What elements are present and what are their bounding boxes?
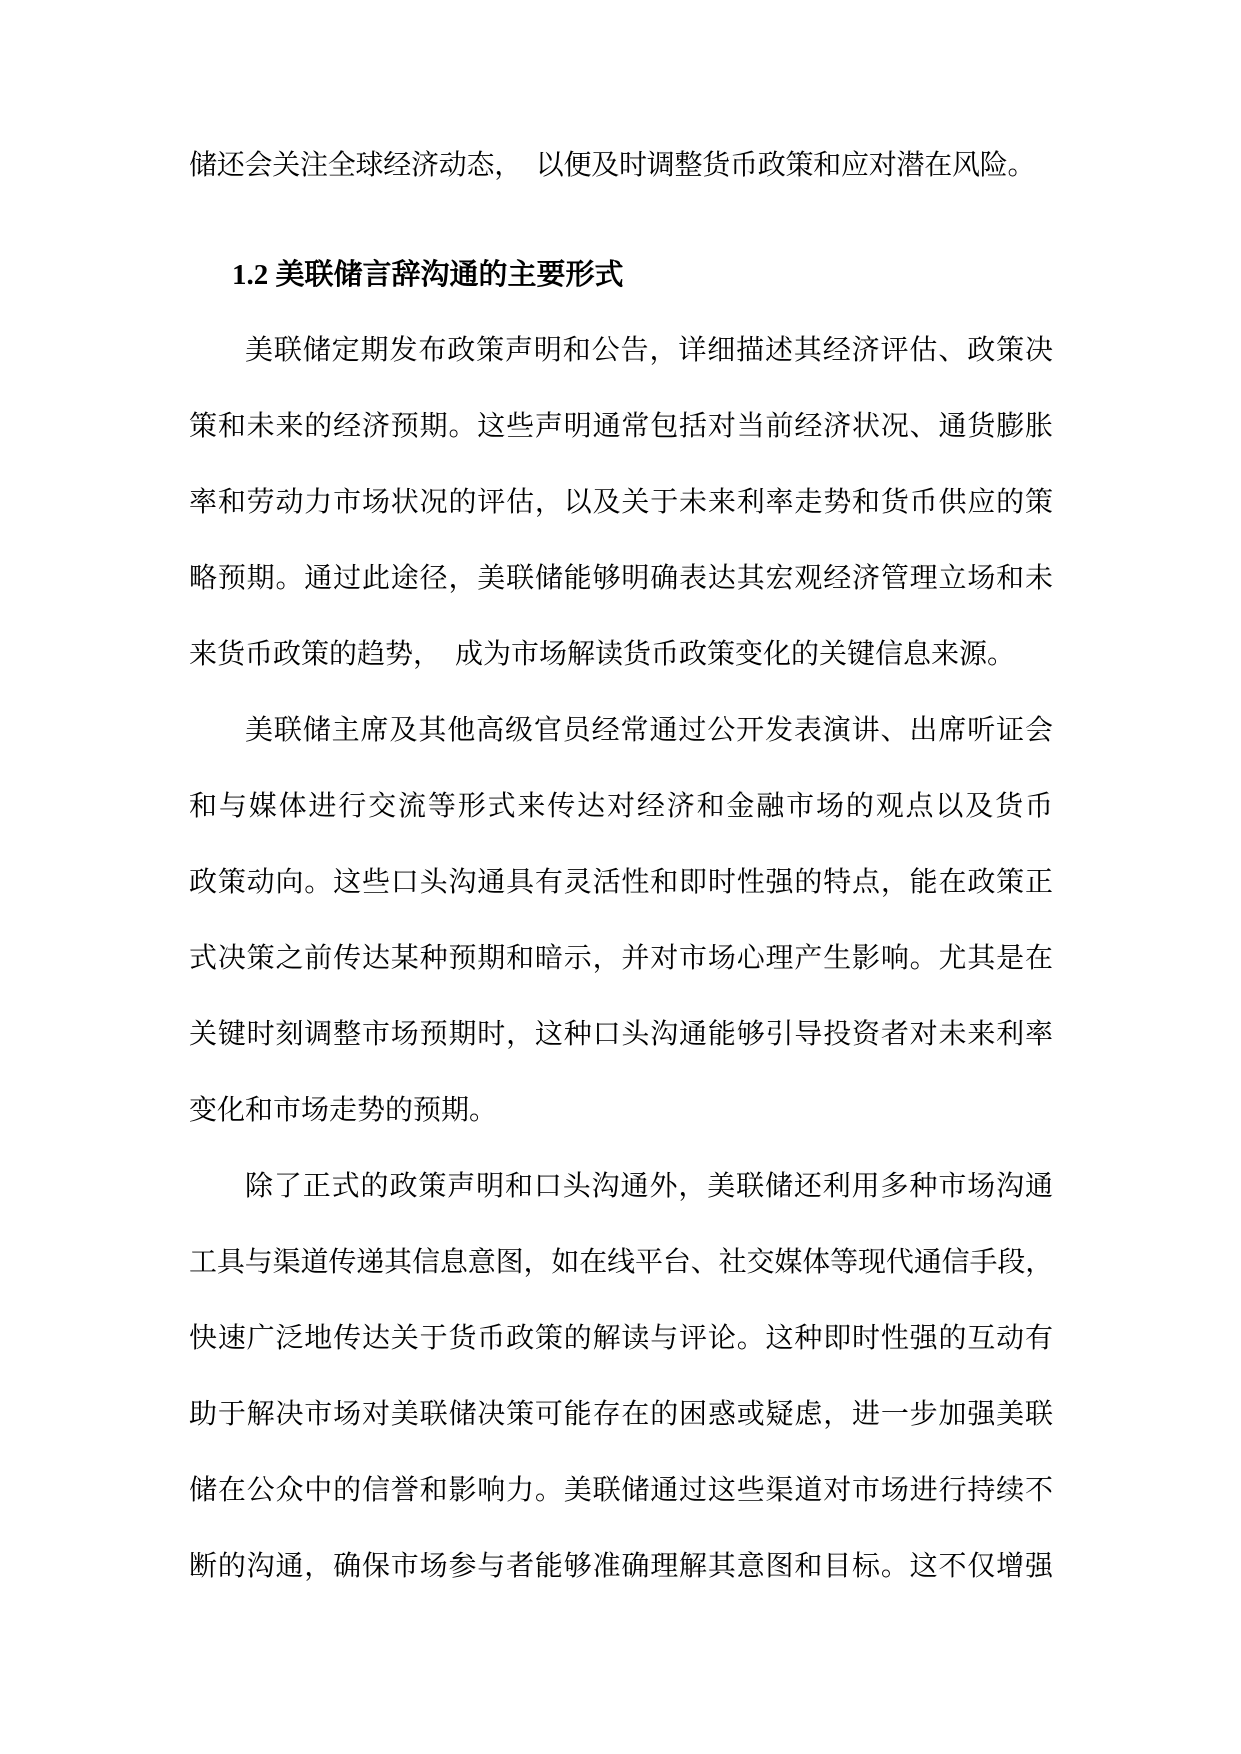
- text-line: 政策动向。这些口头沟通具有灵活性和即时性强的特点，能在政策正: [189, 845, 1053, 921]
- text-line: 断的沟通，确保市场参与者能够准确理解其意图和目标。这不仅增强: [189, 1529, 1053, 1605]
- text-line: 式决策之前传达某种预期和暗示，并对市场心理产生影响。尤其是在: [189, 921, 1053, 997]
- text-line: 快速广泛地传达关于货币政策的解读与评论。这种即时性强的互动有: [189, 1301, 1053, 1377]
- text-line: 和与媒体进行交流等形式来传达对经济和金融市场的观点以及货币: [189, 769, 1053, 845]
- text-line: 美联储主席及其他高级官员经常通过公开发表演讲、出席听证会: [189, 693, 1053, 769]
- text-line: 关键时刻调整市场预期时，这种口头沟通能够引导投资者对未来利率: [189, 997, 1053, 1073]
- text-line: 来货币政策的趋势， 成为市场解读货币政策变化的关键信息来源。: [189, 617, 1053, 693]
- paragraph: 美联储主席及其他高级官员经常通过公开发表演讲、出席听证会和与媒体进行交流等形式来…: [189, 693, 1053, 1149]
- paragraph: 除了正式的政策声明和口头沟通外，美联储还利用多种市场沟通工具与渠道传递其信息意图…: [189, 1149, 1053, 1605]
- text-line: 助于解决市场对美联储决策可能存在的困惑或疑虑，进一步加强美联: [189, 1377, 1053, 1453]
- text-line: 变化和市场走势的预期。: [189, 1073, 1053, 1149]
- text-line: 略预期。通过此途径，美联储能够明确表达其宏观经济管理立场和未: [189, 541, 1053, 617]
- text-line: 率和劳动力市场状况的评估，以及关于未来利率走势和货币供应的策: [189, 465, 1053, 541]
- text-line: 工具与渠道传递其信息意图，如在线平台、社交媒体等现代通信手段，: [189, 1225, 1053, 1301]
- text-line: 储还会关注全球经济动态， 以便及时调整货币政策和应对潜在风险。: [189, 128, 1053, 204]
- text-line: 美联储定期发布政策声明和公告，详细描述其经济评估、政策决: [189, 313, 1053, 389]
- section-heading: 1.2 美联储言辞沟通的主要形式: [189, 237, 1053, 313]
- text-line: 储在公众中的信誉和影响力。美联储通过这些渠道对市场进行持续不: [189, 1453, 1053, 1529]
- leading-paragraph: 储还会关注全球经济动态， 以便及时调整货币政策和应对潜在风险。: [189, 128, 1053, 204]
- document-page: 储还会关注全球经济动态， 以便及时调整货币政策和应对潜在风险。 1.2 美联储言…: [0, 0, 1241, 1754]
- text-line: 策和未来的经济预期。这些声明通常包括对当前经济状况、通货膨胀: [189, 389, 1053, 465]
- body-paragraphs: 美联储定期发布政策声明和公告，详细描述其经济评估、政策决策和未来的经济预期。这些…: [189, 313, 1053, 1605]
- text-line: 除了正式的政策声明和口头沟通外，美联储还利用多种市场沟通: [189, 1149, 1053, 1225]
- paragraph: 美联储定期发布政策声明和公告，详细描述其经济评估、政策决策和未来的经济预期。这些…: [189, 313, 1053, 693]
